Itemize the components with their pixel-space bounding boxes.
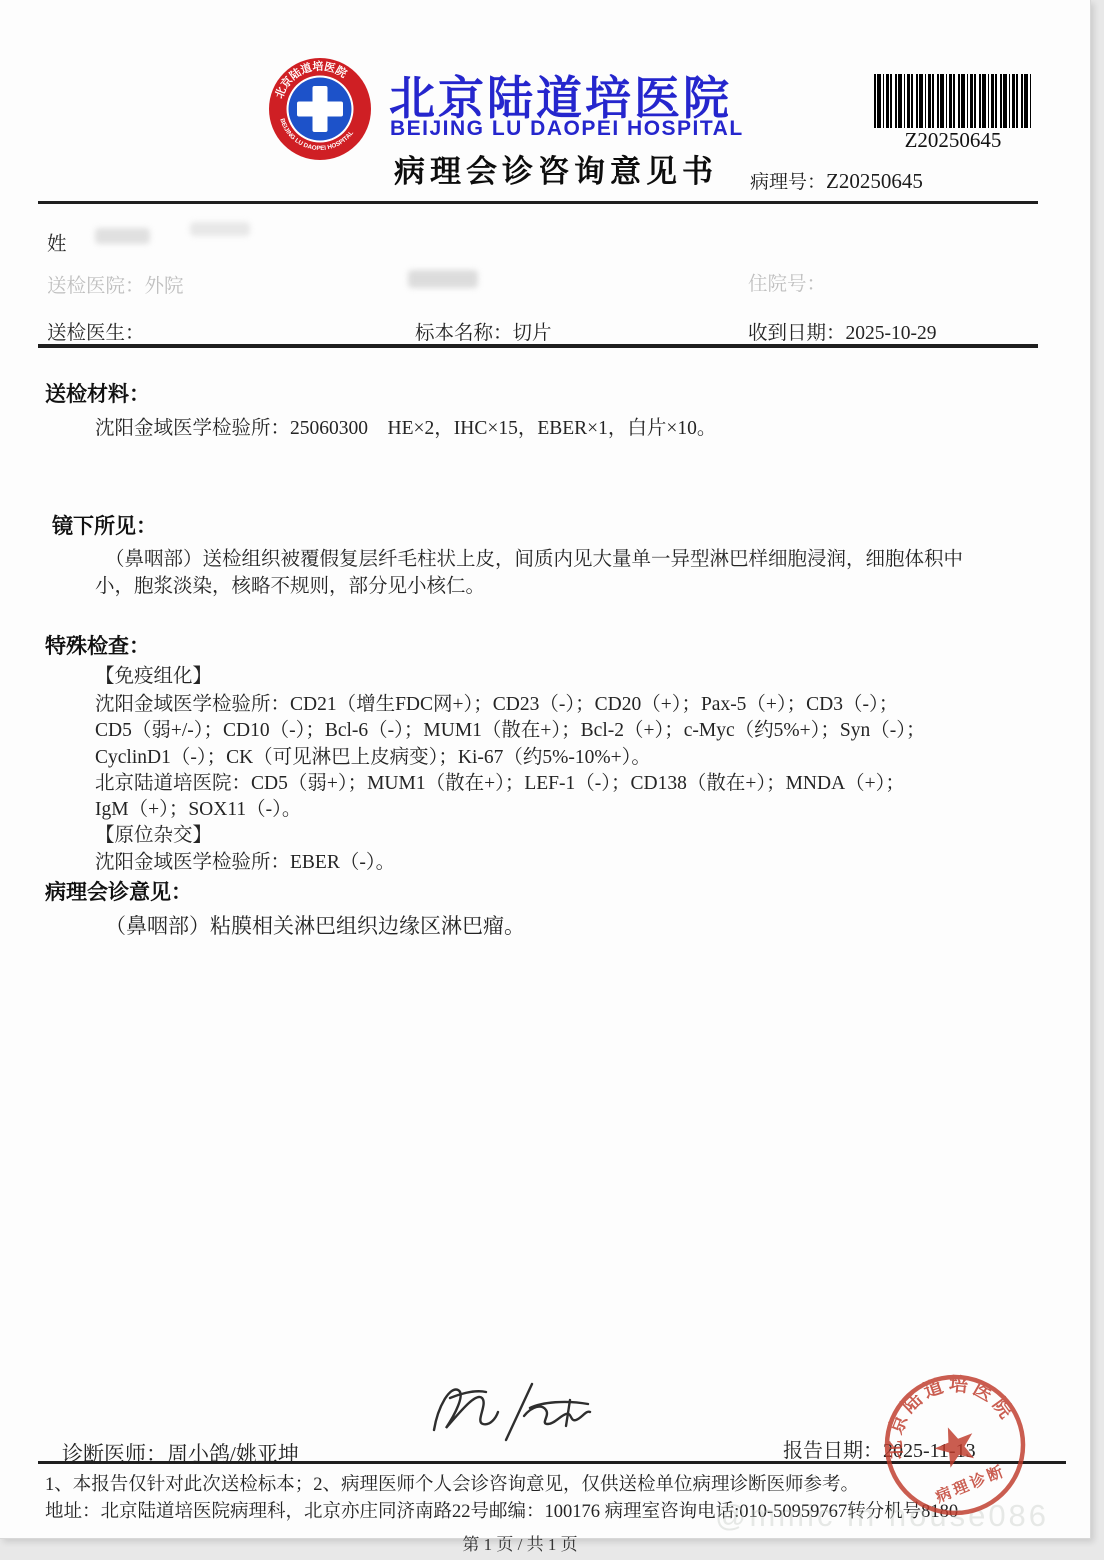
opinion-body: （鼻咽部）粘膜相关淋巴组织边缘区淋巴瘤。 — [105, 910, 525, 940]
received-date-row: 收到日期：2025-10-29 — [748, 317, 937, 345]
microscopy-line2: 小，胞浆淡染，核略不规则，部分见小核仁。 — [95, 570, 485, 598]
sending-hospital-value: 外院 — [145, 276, 184, 297]
specimen-row: 标本名称：切片 — [415, 317, 552, 345]
redacted-name — [95, 228, 150, 244]
ihc-line-2: CD5（弱+/-）；CD10（-）；Bcl-6（-）；MUM1（散在+）；Bcl… — [95, 714, 925, 742]
ihc-line-4: 北京陆道培医院：CD5（弱+）；MUM1（散在+）；LEF-1（-）；CD138… — [95, 767, 905, 795]
hospital-logo-icon: 北京陆道培医院 BEIJING LU DAOPEI HOSPITAL — [268, 57, 372, 161]
report-date-label: 报告日期： — [783, 1440, 883, 1462]
signature-icon — [420, 1378, 600, 1453]
report-date-value: 2025-11-13 — [883, 1440, 976, 1462]
materials-heading: 送检材料： — [45, 378, 150, 408]
report-date-row: 报告日期：2025-11-13 — [783, 1434, 976, 1463]
hospital-name-en: BEIJING LU DAOPEI HOSPITAL — [390, 117, 744, 141]
hospital-logo: 北京陆道培医院 BEIJING LU DAOPEI HOSPITAL — [268, 57, 372, 161]
microscopy-line1: （鼻咽部）送检组织被覆假复层纤毛柱状上皮，间质内见大量单一异型淋巴样细胞浸润，细… — [105, 543, 963, 571]
materials-body: 沈阳金域医学检验所：25060300 HE×2，IHC×15，EBER×1，白片… — [95, 412, 716, 440]
ihc-tag: 【免疫组化】 — [95, 660, 212, 688]
divider-header — [38, 201, 1038, 204]
specimen-value: 切片 — [513, 323, 552, 344]
watermark: @mmic in house086 — [715, 1498, 1049, 1534]
barcode-value: Z20250645 — [874, 128, 1032, 153]
ihc-line-1: 沈阳金域医学检验所：CD21（增生FDC网+）；CD23（-）；CD20（+）；… — [95, 688, 898, 716]
opinion-heading: 病理会诊意见： — [45, 876, 192, 906]
report-page: 北京陆道培医院 BEIJING LU DAOPEI HOSPITAL 北京陆道培… — [0, 0, 1091, 1539]
divider-footer — [38, 1461, 1066, 1464]
inpatient-no-label: 住院号： — [748, 268, 826, 296]
footer-note-1: 1、本报告仅针对此次送检标本；2、病理医师个人会诊咨询意见，仅供送检单位病理诊断… — [45, 1470, 859, 1496]
received-date-value: 2025-10-29 — [846, 323, 937, 344]
sending-doctor-label: 送检医生： — [47, 317, 145, 345]
pathology-no-value: Z20250645 — [826, 169, 923, 193]
barcode — [874, 74, 1032, 128]
ish-line: 沈阳金域医学检验所：EBER（-）。 — [95, 846, 395, 874]
divider-info — [38, 344, 1038, 348]
ish-tag: 【原位杂交】 — [95, 819, 212, 847]
document-title: 病理会诊咨询意见书 — [394, 146, 718, 191]
received-date-label: 收到日期： — [748, 323, 846, 344]
ihc-line-5: IgM（+）；SOX11（-）。 — [95, 793, 301, 821]
redacted-name-2 — [190, 222, 250, 236]
sending-hospital-label: 送检医院： — [47, 276, 145, 297]
pathology-no-row: 病理号：Z20250645 — [750, 167, 923, 194]
pathology-no-label: 病理号： — [750, 172, 826, 193]
special-tests-heading: 特殊检查： — [45, 630, 150, 660]
microscopy-heading: 镜下所见： — [52, 510, 157, 540]
doctor-signature — [420, 1378, 600, 1453]
redacted-department — [408, 270, 478, 288]
specimen-label: 标本名称： — [415, 323, 513, 344]
sending-hospital-row: 送检医院：外院 — [47, 270, 184, 298]
ihc-line-3: CyclinD1（-）；CK（可见淋巴上皮病变）；Ki-67（约5%-10%+）… — [95, 741, 651, 769]
name-label: 姓 — [47, 228, 67, 256]
